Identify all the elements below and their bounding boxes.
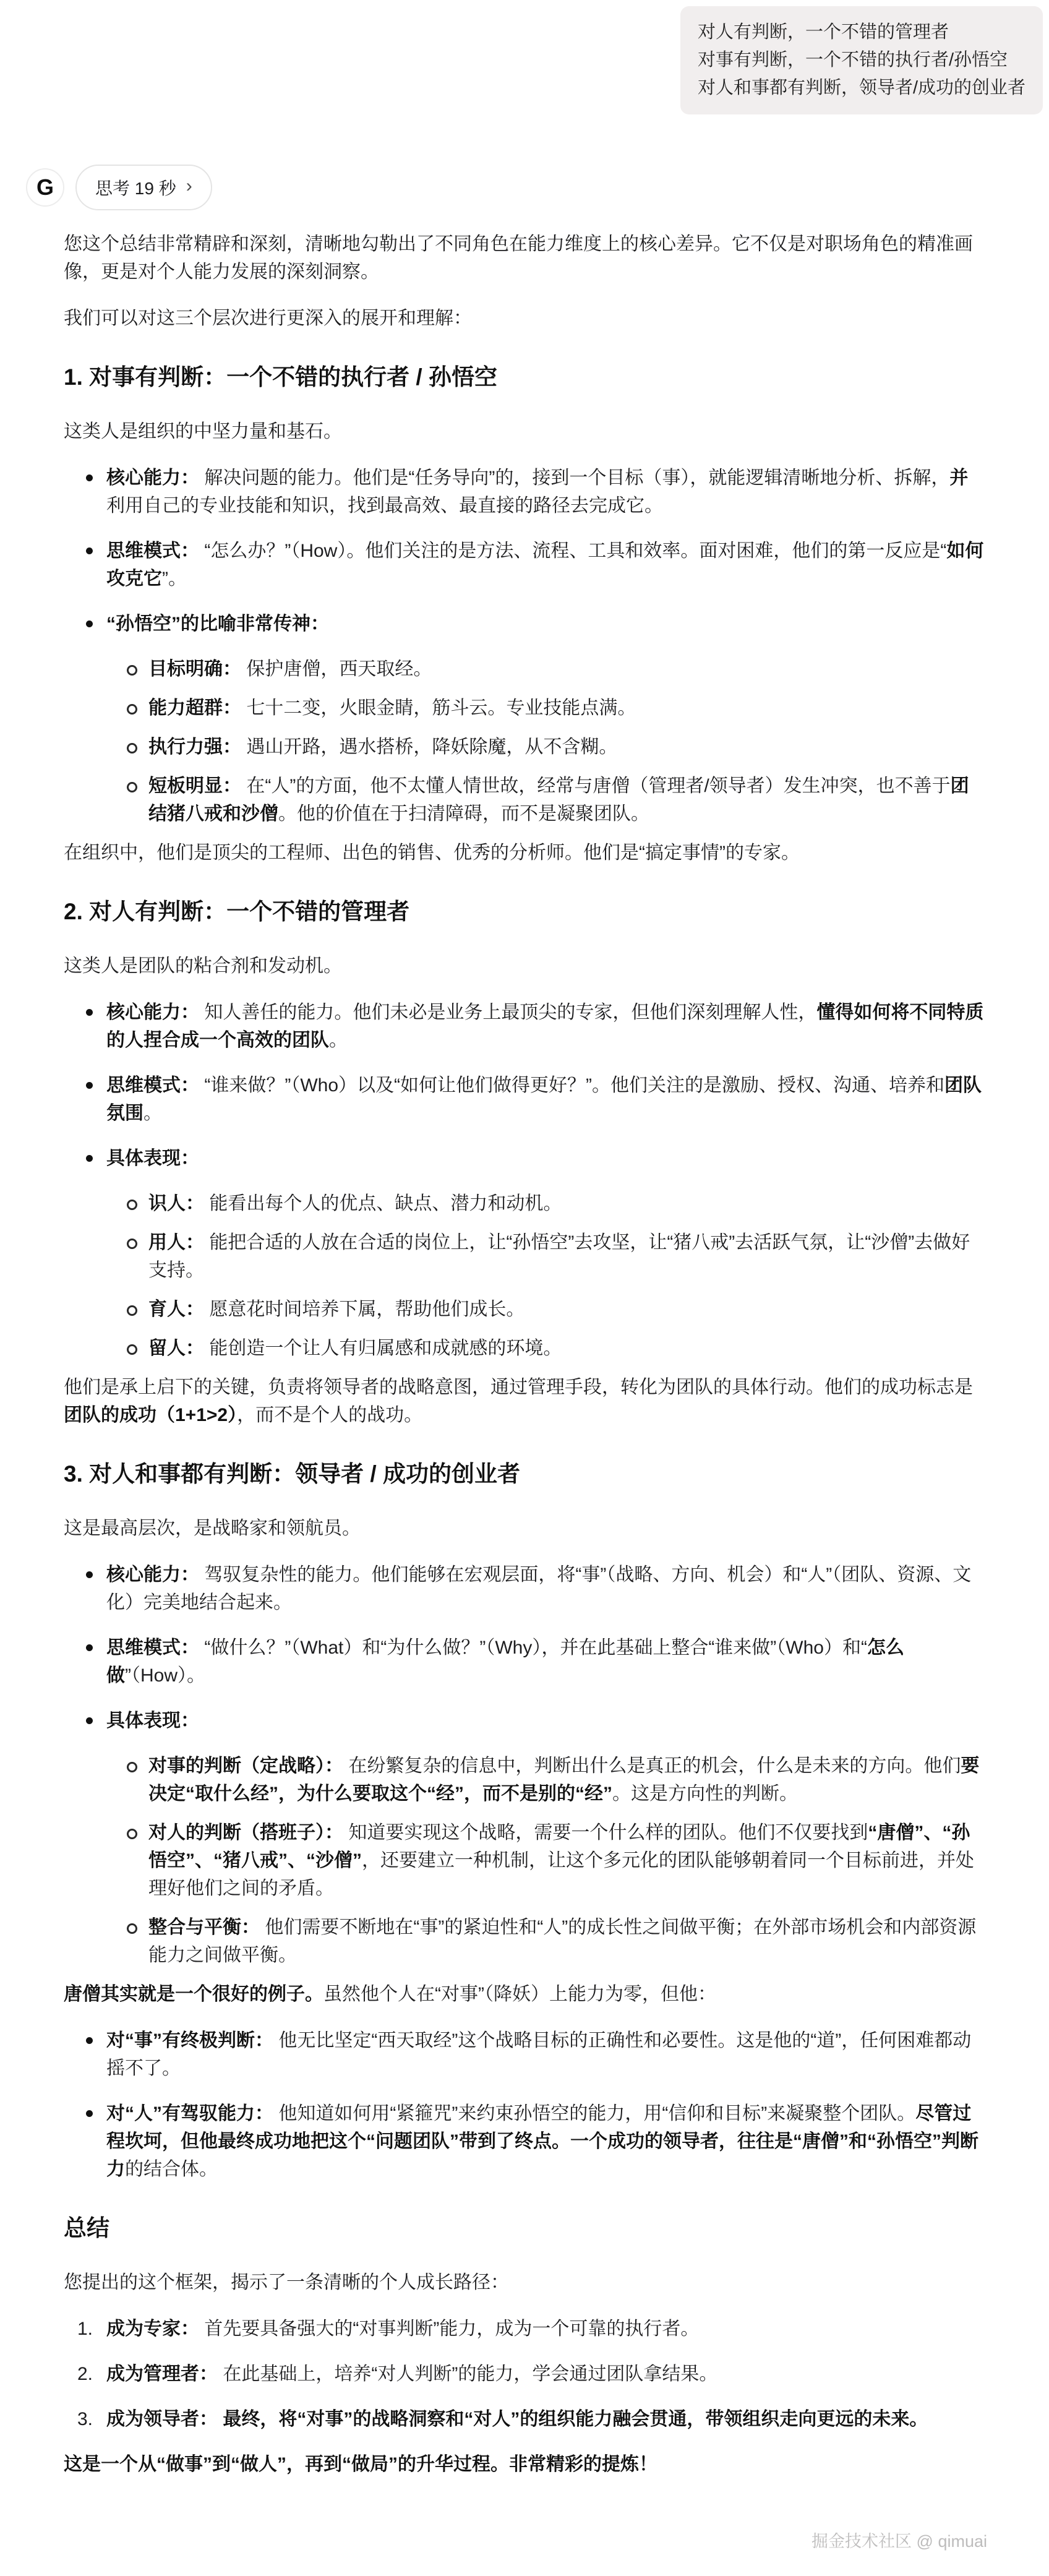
chevron-right-icon: › <box>186 177 192 195</box>
text-run: 具体表现： <box>106 1148 199 1169</box>
text-run: 核心能力： 知人善任的能力。他们未必是业务上最顶尖的专家，但他们深刻理解人性，懂… <box>106 1002 983 1050</box>
text-run: 思维模式： “做什么？”（What）和“为什么做？”（Why），并在此基础上整合… <box>106 1638 904 1686</box>
bullet-item: 思维模式： “怎么办？”（How）。他们关注的是方法、流程、工具和效率。面对困难… <box>64 537 987 593</box>
text-run: 对“事”有终极判断： 他无比坚定“西天取经”这个战略目标的正确性和必要性。这是他… <box>106 2030 971 2079</box>
text-run: 这是最高层次，是战略家和领航员。 <box>64 1518 361 1539</box>
assistant-content: 您这个总结非常精辟和深刻，清晰地勾勒出了不同角色在能力维度上的核心差异。它不仅是… <box>64 230 987 2497</box>
text-run: 在组织中，他们是顶尖的工程师、出色的销售、优秀的分析师。他们是“搞定事情”的专家… <box>64 843 800 863</box>
assistant-avatar: G <box>26 168 64 207</box>
bullet-icon <box>86 620 93 627</box>
sub-bullet-item: 对人的判断（搭班子）： 知道要实现这个战略，需要一个什么样的团队。他们不仅要找到… <box>64 1819 987 1902</box>
paragraph: 这类人是团队的粘合剂和发动机。 <box>64 952 987 980</box>
section-heading: 总结 <box>64 2214 987 2243</box>
text-run: 成为专家： 首先要具备强大的“对事判断”能力，成为一个可靠的执行者。 <box>106 2319 699 2339</box>
text-run: 这类人是组织的中坚力量和基石。 <box>64 421 342 442</box>
bullet-item: 核心能力： 解决问题的能力。他们是“任务导向”的，接到一个目标（事），就能逻辑清… <box>64 464 987 520</box>
bullet-item: 具体表现： <box>64 1144 987 1172</box>
text-run: 执行力强： 遇山开路，遇水搭桥，降妖除魔，从不含糊。 <box>148 737 617 757</box>
text-run: 他们是承上启下的关键，负责将领导者的战略意图，通过管理手段，转化为团队的具体行动… <box>64 1377 973 1425</box>
user-message-bubble: 对人有判断，一个不错的管理者 对事有判断，一个不错的执行者/孙悟空 对人和事都有… <box>680 6 1043 114</box>
text-run: 总结 <box>64 2215 109 2241</box>
text-run: 整合与平衡： 他们需要不断地在“事”的紧迫性和“人”的成长性之间做平衡；在外部市… <box>148 1917 976 1965</box>
paragraph: 唐僧其实就是一个很好的例子。虽然他个人在“对事”（降妖）上能力为零，但他： <box>64 1980 987 2008</box>
sub-bullet-icon <box>127 782 137 792</box>
text-run: 您这个总结非常精辟和深刻，清晰地勾勒出了不同角色在能力维度上的核心差异。它不仅是… <box>64 234 973 282</box>
numbered-item: 2.成为管理者： 在此基础上，培养“对人判断”的能力，学会通过团队拿结果。 <box>64 2360 987 2388</box>
user-message-line: 对人有判断，一个不错的管理者 <box>698 19 1025 46</box>
sub-bullet-icon <box>127 1344 137 1355</box>
sub-bullet-icon <box>127 1305 137 1316</box>
number-label: 2. <box>77 2360 93 2388</box>
bullet-icon <box>86 1644 93 1651</box>
text-run: 对“人”有驾驭能力： 他知道如何用“紧箍咒”来约束孙悟空的能力，用“信仰和目标”… <box>106 2103 978 2179</box>
section-heading: 2. 对人有判断：一个不错的管理者 <box>64 898 987 926</box>
text-run: 成为管理者： 在此基础上，培养“对人判断”的能力，学会通过团队拿结果。 <box>106 2364 717 2384</box>
bullet-icon <box>86 2037 93 2044</box>
sub-bullet-item: 用人： 能把合适的人放在合适的岗位上，让“孙悟空”去攻坚，让“猪八戒”去活跃气氛… <box>64 1229 987 1284</box>
paragraph: 您提出的这个框架，揭示了一条清晰的个人成长路径： <box>64 2269 987 2296</box>
text-run: 核心能力： 解决问题的能力。他们是“任务导向”的，接到一个目标（事），就能逻辑清… <box>106 468 968 516</box>
bullet-item: 思维模式： “谁来做？”（Who）以及“如何让他们做得更好？”。他们关注的是激励… <box>64 1071 987 1127</box>
sub-bullet-item: 育人： 愿意花时间培养下属，帮助他们成长。 <box>64 1295 987 1323</box>
thinking-label: 思考 19 秒 <box>95 175 176 200</box>
bullet-item: “孙悟空”的比喻非常传神： <box>64 610 987 638</box>
paragraph: 这是一个从“做事”到“做人”，再到“做局”的升华过程。非常精彩的提炼！ <box>64 2450 987 2478</box>
paragraph: 在组织中，他们是顶尖的工程师、出色的销售、优秀的分析师。他们是“搞定事情”的专家… <box>64 839 987 867</box>
bullet-icon <box>86 1571 93 1578</box>
paragraph: 这是最高层次，是战略家和领航员。 <box>64 1514 987 1542</box>
bullet-item: 对“事”有终极判断： 他无比坚定“西天取经”这个战略目标的正确性和必要性。这是他… <box>64 2027 987 2082</box>
numbered-item: 3.成为领导者： 最终，将“对事”的战略洞察和“对人”的组织能力融会贯通，带领组… <box>64 2405 987 2433</box>
number-label: 3. <box>77 2405 93 2433</box>
text-run: 唐僧其实就是一个很好的例子。虽然他个人在“对事”（降妖）上能力为零，但他： <box>64 1984 716 2004</box>
sub-bullet-icon <box>127 1829 137 1839</box>
paragraph: 您这个总结非常精辟和深刻，清晰地勾勒出了不同角色在能力维度上的核心差异。它不仅是… <box>64 230 987 286</box>
sub-bullet-icon <box>127 743 137 753</box>
text-run: 成为领导者： 最终，将“对事”的战略洞察和“对人”的组织能力融会贯通，带领组织走… <box>106 2409 928 2429</box>
text-run: 能力超群： 七十二变，火眼金睛，筋斗云。专业技能点满。 <box>148 698 636 718</box>
bullet-icon <box>86 1009 93 1016</box>
text-run: 这是一个从“做事”到“做人”，再到“做局”的升华过程。非常精彩的提炼！ <box>64 2454 657 2475</box>
text-run: 对事的判断（定战略）： 在纷繁复杂的信息中，判断出什么是真正的机会，什么是未来的… <box>148 1756 979 1804</box>
text-run: 您提出的这个框架，揭示了一条清晰的个人成长路径： <box>64 2272 509 2293</box>
avatar-letter: G <box>36 174 54 200</box>
text-run: 对人的判断（搭班子）： 知道要实现这个战略，需要一个什么样的团队。他们不仅要找到… <box>148 1823 974 1899</box>
text-run: 思维模式： “谁来做？”（Who）以及“如何让他们做得更好？”。他们关注的是激励… <box>106 1075 982 1123</box>
sub-bullet-item: 执行力强： 遇山开路，遇水搭桥，降妖除魔，从不含糊。 <box>64 733 987 761</box>
bullet-icon <box>86 1155 93 1162</box>
user-message-line: 对人和事都有判断，领导者/成功的创业者 <box>698 74 1025 102</box>
text-run: 思维模式： “怎么办？”（How）。他们关注的是方法、流程、工具和效率。面对困难… <box>106 541 983 589</box>
text-run: 用人： 能把合适的人放在合适的岗位上，让“孙悟空”去攻坚，让“猪八戒”去活跃气氛… <box>148 1232 970 1281</box>
assistant-header: G 思考 19 秒 › <box>26 165 212 210</box>
text-run: 核心能力： 驾驭复杂性的能力。他们能够在宏观层面，将“事”（战略、方向、机会）和… <box>106 1565 971 1613</box>
text-run: 具体表现： <box>106 1711 199 1731</box>
bullet-icon <box>86 2110 93 2117</box>
paragraph: 他们是承上启下的关键，负责将领导者的战略意图，通过管理手段，转化为团队的具体行动… <box>64 1373 987 1429</box>
sub-bullet-item: 整合与平衡： 他们需要不断地在“事”的紧迫性和“人”的成长性之间做平衡；在外部市… <box>64 1913 987 1969</box>
numbered-item: 1.成为专家： 首先要具备强大的“对事判断”能力，成为一个可靠的执行者。 <box>64 2315 987 2343</box>
text-run: 2. 对人有判断：一个不错的管理者 <box>64 899 409 924</box>
text-run: 目标明确： 保护唐僧，西天取经。 <box>148 659 432 679</box>
bullet-item: 具体表现： <box>64 1707 987 1735</box>
section-heading: 1. 对事有判断：一个不错的执行者 / 孙悟空 <box>64 363 987 392</box>
text-run: 育人： 愿意花时间培养下属，帮助他们成长。 <box>148 1299 524 1320</box>
sub-bullet-item: 识人： 能看出每个人的优点、缺点、潜力和动机。 <box>64 1190 987 1217</box>
text-run: 识人： 能看出每个人的优点、缺点、潜力和动机。 <box>148 1193 562 1214</box>
sub-bullet-item: 留人： 能创造一个让人有归属感和成就感的环境。 <box>64 1334 987 1362</box>
sub-bullet-icon <box>127 1200 137 1210</box>
text-run: 这类人是团队的粘合剂和发动机。 <box>64 956 342 976</box>
text-run: 短板明显： 在“人”的方面，他不太懂人情世故，经常与唐僧（管理者/领导者）发生冲… <box>148 776 969 824</box>
sub-bullet-icon <box>127 1239 137 1249</box>
user-message-line: 对事有判断，一个不错的执行者/孙悟空 <box>698 46 1025 74</box>
bullet-item: 思维模式： “做什么？”（What）和“为什么做？”（Why），并在此基础上整合… <box>64 1634 987 1689</box>
text-run: 3. 对人和事都有判断：领导者 / 成功的创业者 <box>64 1461 520 1487</box>
text-run: 1. 对事有判断：一个不错的执行者 / 孙悟空 <box>64 364 497 390</box>
text-run: 留人： 能创造一个让人有归属感和成就感的环境。 <box>148 1338 562 1359</box>
sub-bullet-item: 目标明确： 保护唐僧，西天取经。 <box>64 655 987 683</box>
number-label: 1. <box>77 2315 93 2343</box>
paragraph: 我们可以对这三个层次进行更深入的展开和理解： <box>64 304 987 332</box>
bullet-item: 核心能力： 知人善任的能力。他们未必是业务上最顶尖的专家，但他们深刻理解人性，懂… <box>64 998 987 1054</box>
bullet-item: 对“人”有驾驭能力： 他知道如何用“紧箍咒”来约束孙悟空的能力，用“信仰和目标”… <box>64 2100 987 2183</box>
sub-bullet-item: 短板明显： 在“人”的方面，他不太懂人情世故，经常与唐僧（管理者/领导者）发生冲… <box>64 772 987 828</box>
bullet-item: 核心能力： 驾驭复杂性的能力。他们能够在宏观层面，将“事”（战略、方向、机会）和… <box>64 1561 987 1616</box>
sub-bullet-icon <box>127 665 137 676</box>
bullet-icon <box>86 1717 93 1724</box>
sub-bullet-icon <box>127 704 137 715</box>
paragraph: 这类人是组织的中坚力量和基石。 <box>64 418 987 445</box>
bullet-icon <box>86 547 93 554</box>
bullet-icon <box>86 1082 93 1089</box>
sub-bullet-item: 能力超群： 七十二变，火眼金睛，筋斗云。专业技能点满。 <box>64 694 987 722</box>
watermark-text: 掘金技术社区 @ qimuai <box>811 2528 987 2552</box>
sub-bullet-item: 对事的判断（定战略）： 在纷繁复杂的信息中，判断出什么是真正的机会，什么是未来的… <box>64 1752 987 1808</box>
section-heading: 3. 对人和事都有判断：领导者 / 成功的创业者 <box>64 1460 987 1488</box>
sub-bullet-icon <box>127 1762 137 1772</box>
thinking-toggle-button[interactable]: 思考 19 秒 › <box>75 165 212 210</box>
text-run: “孙悟空”的比喻非常传神： <box>106 614 329 634</box>
bullet-icon <box>86 474 93 481</box>
sub-bullet-icon <box>127 1923 137 1934</box>
text-run: 我们可以对这三个层次进行更深入的展开和理解： <box>64 308 472 328</box>
